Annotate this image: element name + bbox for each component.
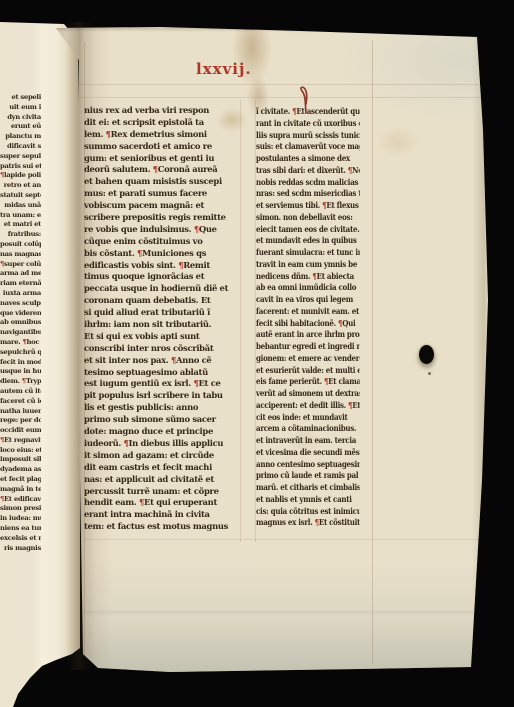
manuscript-text-line: ab ea omni inmũdicia collo [256,282,360,294]
manuscript-text-line: faceret cũ io [0,397,41,407]
pen-flourish-icon [294,84,310,118]
text-column-right: ĩ civitate. ¶Et ascenderũt qui erant in … [256,106,378,529]
manuscript-text-line: nedicens dñm. ¶Et abiecta [256,271,360,283]
manuscript-text-line: posuit colũp [0,240,41,250]
manuscript-text-line: que viderent [0,309,41,319]
manuscript-text-line: nas magnas: [0,250,41,260]
manuscript-text-line: dit ei: et scripsit epistolã ta [84,118,237,130]
manuscript-text-line: acciperent: et dedit illis. ¶Et eie [256,400,360,412]
manuscript-text-line: verũt ad simonem ut dextras [256,388,360,400]
manuscript-text-line: est iugum gentiũ ex isrl. ¶Et ce [84,379,237,391]
manuscript-text-line: tras sibi dari: et dixerũt. ¶Non [256,165,360,177]
manuscript-text-line: autem cũ iter [0,387,41,397]
manuscript-text-line: dote: magno duce et principe [84,427,237,439]
ruling-line [240,100,241,542]
manuscript-photo: et sepeliuit eum ĩdyn civitaerunt eũplan… [0,0,514,707]
ruling-line [60,84,484,85]
ruling-line [84,539,480,540]
manuscript-text-line: retro et an [0,181,41,191]
manuscript-text-line: timus quoque ignorãcias et [84,272,237,284]
rubric-paraph-mark: ¶ [315,517,319,527]
manuscript-text-line: et matri et [0,220,41,230]
manuscript-text-line: tra unam: et [0,211,41,221]
manuscript-text-line: niens ea turrib [0,524,41,534]
manuscript-text-line: suis: et clamaverũt voce magna [256,141,360,153]
manuscript-text-line: erant intra machinã in civita [84,510,237,522]
manuscript-text-line: tem: et factus est motus magnus [84,522,237,534]
manuscript-text-line: gionem: et emere ac vendere: [256,353,360,365]
manuscript-text-line: occidit eum. [0,426,41,436]
manuscript-text-line: patris sui et [0,162,41,172]
manuscript-text-line: cũque enim cõstituimus vo [84,237,237,249]
manuscript-text-line: fuerant simulacra: et tunc in [256,247,360,259]
rubric-paraph-mark: ¶ [312,271,316,281]
rubric-paraph-mark: ¶ [137,249,142,259]
manuscript-text-line: sepulchrũ qd [0,348,41,358]
manuscript-text-line: percussit turrẽ unam: et cõpre [84,487,237,499]
book-gutter-shadow [66,22,96,670]
manuscript-text-line: super sepulc [0,152,41,162]
manuscript-text-line: et intraverũt in eam. tercia [256,435,360,447]
rubric-paraph-mark: ¶ [194,225,199,235]
manuscript-text-line: cis: quia cõtritus est inimicus [256,506,360,518]
rubric-paraph-mark: ¶ [0,260,4,268]
rubric-paraph-mark: ¶ [178,261,183,271]
manuscript-text-line: Et si qui ex vobis apti sunt [84,332,237,344]
running-title: lxxvij. [196,60,252,78]
manuscript-text-line: et sit inter nos pax. ¶Anno cẽ [84,356,237,368]
manuscript-text-line: et mundavit edes in quibus [256,235,360,247]
manuscript-text-line: et sepeli [0,93,41,103]
rubric-paraph-mark: ¶ [139,498,144,508]
rubric-paraph-mark: ¶ [348,400,352,410]
manuscript-text-line: coronam quam debebatis. Et [84,296,237,308]
manuscript-text-line: pit populus isrl scribere in tabu [84,391,237,403]
previous-page-text-fragments: et sepeliuit eum ĩdyn civitaerunt eũplan… [0,93,41,553]
manuscript-text-line: it simon ad gazam: et circũde [84,451,237,463]
manuscript-text-line: imposuit sibi [0,455,41,465]
manuscript-text-line: riam eternã: [0,279,41,289]
manuscript-text-line: liis supra murũ scissis tunicis [256,130,360,142]
manuscript-text-line: scribere prepositis regis remitte [84,213,237,225]
manuscript-text-line: diem. ¶Tryphon [0,377,41,387]
manuscript-text-line: dyadema asye [0,465,41,475]
manuscript-text-line: nras: sed scdm misericdias tuas: [256,188,360,200]
manuscript-text-line: dit eam castris et fecit machi [84,463,237,475]
manuscript-text-line: anno centesimo septuagesimo [256,459,360,471]
manuscript-text-line: planctu m [0,132,41,142]
rubric-paraph-mark: ¶ [338,318,342,328]
manuscript-text-line: deorũ salutem. ¶Coronã aureã [84,165,237,177]
manuscript-text-line: simon. non debellavit eos: [256,212,360,224]
manuscript-text-line: cit eos inde: et mundavit [256,412,360,424]
manuscript-text-line: fratribus: [0,230,41,240]
manuscript-text-line: nius rex ad verba viri respon [84,106,237,118]
manuscript-text-line: ab omnibus [0,318,41,328]
manuscript-text-line: et vicesima die secundi mẽsis [256,447,360,459]
manuscript-text-line: conscribi inter nros cõscribãt [84,344,237,356]
manuscript-text-line: et nablis et ymnis et canti [256,494,360,506]
manuscript-text-line: statuit septẽ [0,191,41,201]
manuscript-text-line: iudeorũ. ¶In diebus illis applicu [84,439,237,451]
manuscript-text-line: midas unã [0,201,41,211]
rubric-paraph-mark: ¶ [0,495,4,503]
manuscript-text-line: edificastis vobis sint. ¶Remit [84,261,237,273]
rubric-paraph-mark: ¶ [348,165,352,175]
manuscript-text-line: vobiscum pacem magnã: et [84,201,237,213]
text-column-left: nius rex ad verba viri respondit ei: et … [84,106,240,534]
manuscript-text-line: hendit eam. ¶Et qui eruperant [84,498,237,510]
rubric-paraph-mark: ¶ [322,200,326,210]
manuscript-text-line: rant in civitate cũ uxoribus et fi [256,118,360,130]
manuscript-text-line: lis et gestis publicis: anno [84,403,237,415]
manuscript-text-line: nas: et applicuit ad civitatẽ et [84,475,237,487]
manuscript-text-line: naves sculptas [0,299,41,309]
manuscript-text-line: marũ. et citharis et cimbalis [256,482,360,494]
manuscript-text-line: et esurierũt valde: et multi ex [256,365,360,377]
manuscript-text-line: travit in eam cum ymnis be [256,259,360,271]
manuscript-text-line: si quid aliud erat tributariũ ĩ [84,308,237,320]
rubric-paraph-mark: ¶ [22,377,26,385]
parchment-speck [428,372,431,375]
manuscript-text-line: et bahen quam misistis suscepi [84,177,237,189]
rubric-paraph-mark: ¶ [0,436,4,444]
manuscript-text-line: nobis reddas scdm malicias [256,177,360,189]
manuscript-text-line: rege: per dolũ [0,416,41,426]
manuscript-text-line: natha iuuene [0,407,41,417]
ruling-line [60,97,484,98]
parchment-hole [419,345,434,364]
manuscript-text-line: ¶Et edificavit [0,495,41,505]
manuscript-text-line: uit eum ĩ [0,103,41,113]
manuscript-text-line: facerent: et munivit eam. et [256,306,360,318]
rubric-paraph-mark: ¶ [324,376,328,386]
manuscript-text-line: primo sub simone sũmo sacer [84,415,237,427]
manuscript-text-line: loco eius: et [0,446,41,456]
manuscript-text-line: summo sacerdoti et amico re [84,142,237,154]
manuscript-text-line: et fecit plagã [0,475,41,485]
manuscript-text-line: gum: et senioribus et genti iu [84,154,237,166]
manuscript-text-line: fecit sibi habitacionẽ. ¶Qui [256,318,360,330]
rubric-paraph-mark: ¶ [171,356,176,366]
manuscript-text-line: navigantibus [0,328,41,338]
manuscript-text-line: magnus ex isrl. ¶Et cõstituit [256,517,360,529]
manuscript-text-line: bis cõstant. ¶Municiones qs [84,249,237,261]
manuscript-text-line: ¶lapide polit [0,171,41,181]
rubric-paraph-mark: ¶ [193,379,198,389]
manuscript-text-line: ¶Et regnavit [0,436,41,446]
manuscript-text-line: tesimo septuagesimo ablatũ [84,368,237,380]
rubric-paraph-mark: ¶ [153,165,158,175]
manuscript-text-line: mus: et parati sumus facere [84,189,237,201]
manuscript-text-line: mare. ¶hoc est [0,338,41,348]
manuscript-text-line: fecit in mody [0,358,41,368]
manuscript-text-line: simon presidia [0,504,41,514]
manuscript-text-line: primo cũ laude et ramis pal [256,470,360,482]
manuscript-text-line: iuxta arma [0,289,41,299]
manuscript-text-line: eiecit tamen eos de civitate. [256,224,360,236]
manuscript-text-line: dyn civita [0,113,41,123]
manuscript-text-line: arcem a cõtaminacionibus. [256,423,360,435]
rubric-paraph-mark: ¶ [106,130,111,140]
manuscript-text-line: lem. ¶Rex demetrius simoni [84,130,237,142]
manuscript-text-line: re vobis que indulsimus. ¶Que [84,225,237,237]
rubric-paraph-mark: ¶ [22,338,26,346]
manuscript-text-line: ris magnis [0,544,41,554]
rubric-paraph-mark: ¶ [124,439,129,449]
manuscript-text-line: autẽ erant in arce ihrlm prohi [256,329,360,341]
manuscript-text-line: cavit in ea viros qui legem [256,294,360,306]
manuscript-text-line: erunt eũ [0,122,41,132]
manuscript-text-line: in iudea: mu [0,514,41,524]
manuscript-text-line: usque in hunc [0,367,41,377]
manuscript-text-line: bebantur egredi et ingredi re [256,341,360,353]
manuscript-text-line: dificavit s [0,142,41,152]
rubric-paraph-mark: ¶ [0,171,4,179]
manuscript-text-line: ¶super colũpnas [0,260,41,270]
manuscript-text-line: postulantes a simone dex [256,153,360,165]
manuscript-text-line: excelsis et mu [0,534,41,544]
manuscript-text-line: eis fame perierũt. ¶Et clama [256,376,360,388]
manuscript-text-line: ihrlm: iam non sit tributariũ. [84,320,237,332]
manuscript-text-line: magnã in terra [0,485,41,495]
manuscript-text-line: arma ad me [0,269,41,279]
manuscript-text-line: et serviemus tibi. ¶Et flexus [256,200,360,212]
manuscript-text-line: peccata usque in hodiernũ diẽ et [84,284,237,296]
